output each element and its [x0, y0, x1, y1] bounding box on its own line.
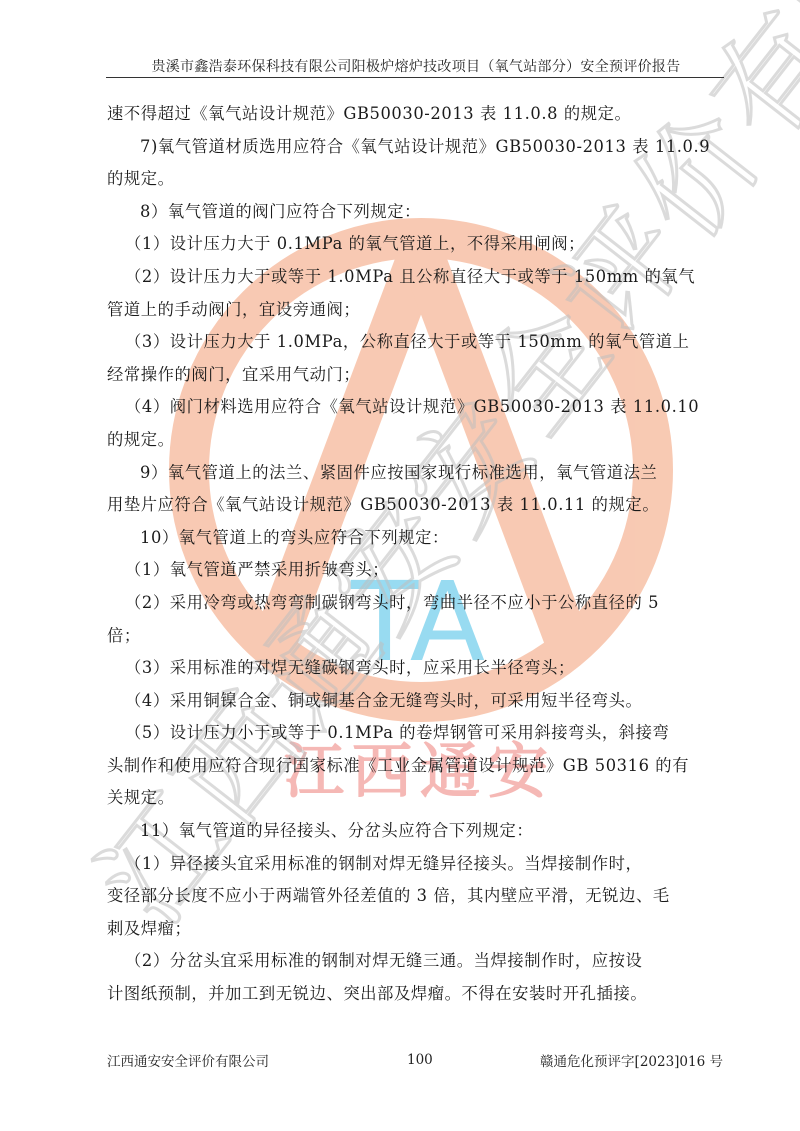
report-header-title: 贵溪市鑫浩泰环保科技有限公司阳极炉熔炉技改项目（氧气站部分）安全预评价报告: [108, 56, 724, 76]
body-line: 7)氧气管道材质选用应符合《氧气站设计规范》GB50030-2013 表 11.…: [107, 131, 723, 164]
header-divider: [106, 77, 724, 78]
body-line: （2）设计压力大于或等于 1.0MPa 且公称直径大于或等于 150mm 的氧气: [107, 261, 723, 294]
body-line: （3）设计压力大于 1.0MPa，公称直径大于或等于 150mm 的氧气管道上: [107, 326, 723, 359]
footer-company: 江西通安安全评价有限公司: [107, 1050, 269, 1070]
body-line: 关规定。: [107, 782, 723, 815]
body-line: （4）采用铜镍合金、铜或铜基合金无缝弯头时，可采用短半径弯头。: [107, 685, 723, 718]
page-footer: 江西通安安全评价有限公司 100 赣通危化预评字[2023]016 号: [107, 1050, 723, 1070]
body-line: 经常操作的阀门，宜采用气动门；: [107, 359, 723, 392]
body-line: （2）采用冷弯或热弯弯制碳钢弯头时，弯曲半径不应小于公称直径的 5: [107, 587, 723, 620]
body-line: 8）氧气管道的阀门应符合下列规定：: [107, 196, 723, 229]
body-line: 速不得超过《氧气站设计规范》GB50030-2013 表 11.0.8 的规定。: [107, 98, 723, 131]
body-line: （3）采用标准的对焊无缝碳钢弯头时，应采用长半径弯头；: [107, 652, 723, 685]
body-line: （2）分岔头宜采用标准的钢制对焊无缝三通。当焊接制作时，应按设: [107, 945, 723, 978]
body-line: 的规定。: [107, 163, 723, 196]
body-line: 倍；: [107, 620, 723, 653]
page-number: 100: [407, 1052, 433, 1068]
body-line: 刺及焊瘤；: [107, 913, 723, 946]
body-line: 变径部分长度不应小于两端管外径差值的 3 倍，其内壁应平滑，无锐边、毛: [107, 880, 723, 913]
body-line: 的规定。: [107, 424, 723, 457]
body-line: （1）设计压力大于 0.1MPa 的氧气管道上，不得采用闸阀；: [107, 228, 723, 261]
body-line: 头制作和使用应符合现行国家标准《工业金属管道设计规范》GB 50316 的有: [107, 750, 723, 783]
body-content: 速不得超过《氧气站设计规范》GB50030-2013 表 11.0.8 的规定。…: [107, 98, 723, 1011]
body-line: 10）氧气管道上的弯头应符合下列规定：: [107, 522, 723, 555]
body-line: 9）氧气管道上的法兰、紧固件应按国家现行标准选用，氧气管道法兰: [107, 457, 723, 490]
body-line: （4）阀门材料选用应符合《氧气站设计规范》GB50030-2013 表 11.0…: [107, 391, 723, 424]
body-line: （1）异径接头宜采用标准的钢制对焊无缝异径接头。当焊接制作时，: [107, 848, 723, 881]
body-line: （5）设计压力小于或等于 0.1MPa 的卷焊钢管可采用斜接弯头，斜接弯: [107, 717, 723, 750]
footer-doc-number: 赣通危化预评字[2023]016 号: [540, 1050, 723, 1070]
body-line: 计图纸预制，并加工到无锐边、突出部及焊瘤。不得在安装时开孔插接。: [107, 978, 723, 1011]
body-line: 11）氧气管道的异径接头、分岔头应符合下列规定：: [107, 815, 723, 848]
body-line: （1）氧气管道严禁采用折皱弯头；: [107, 554, 723, 587]
body-line: 用垫片应符合《氧气站设计规范》GB50030-2013 表 11.0.11 的规…: [107, 489, 723, 522]
body-line: 管道上的手动阀门，宜设旁通阀；: [107, 294, 723, 327]
